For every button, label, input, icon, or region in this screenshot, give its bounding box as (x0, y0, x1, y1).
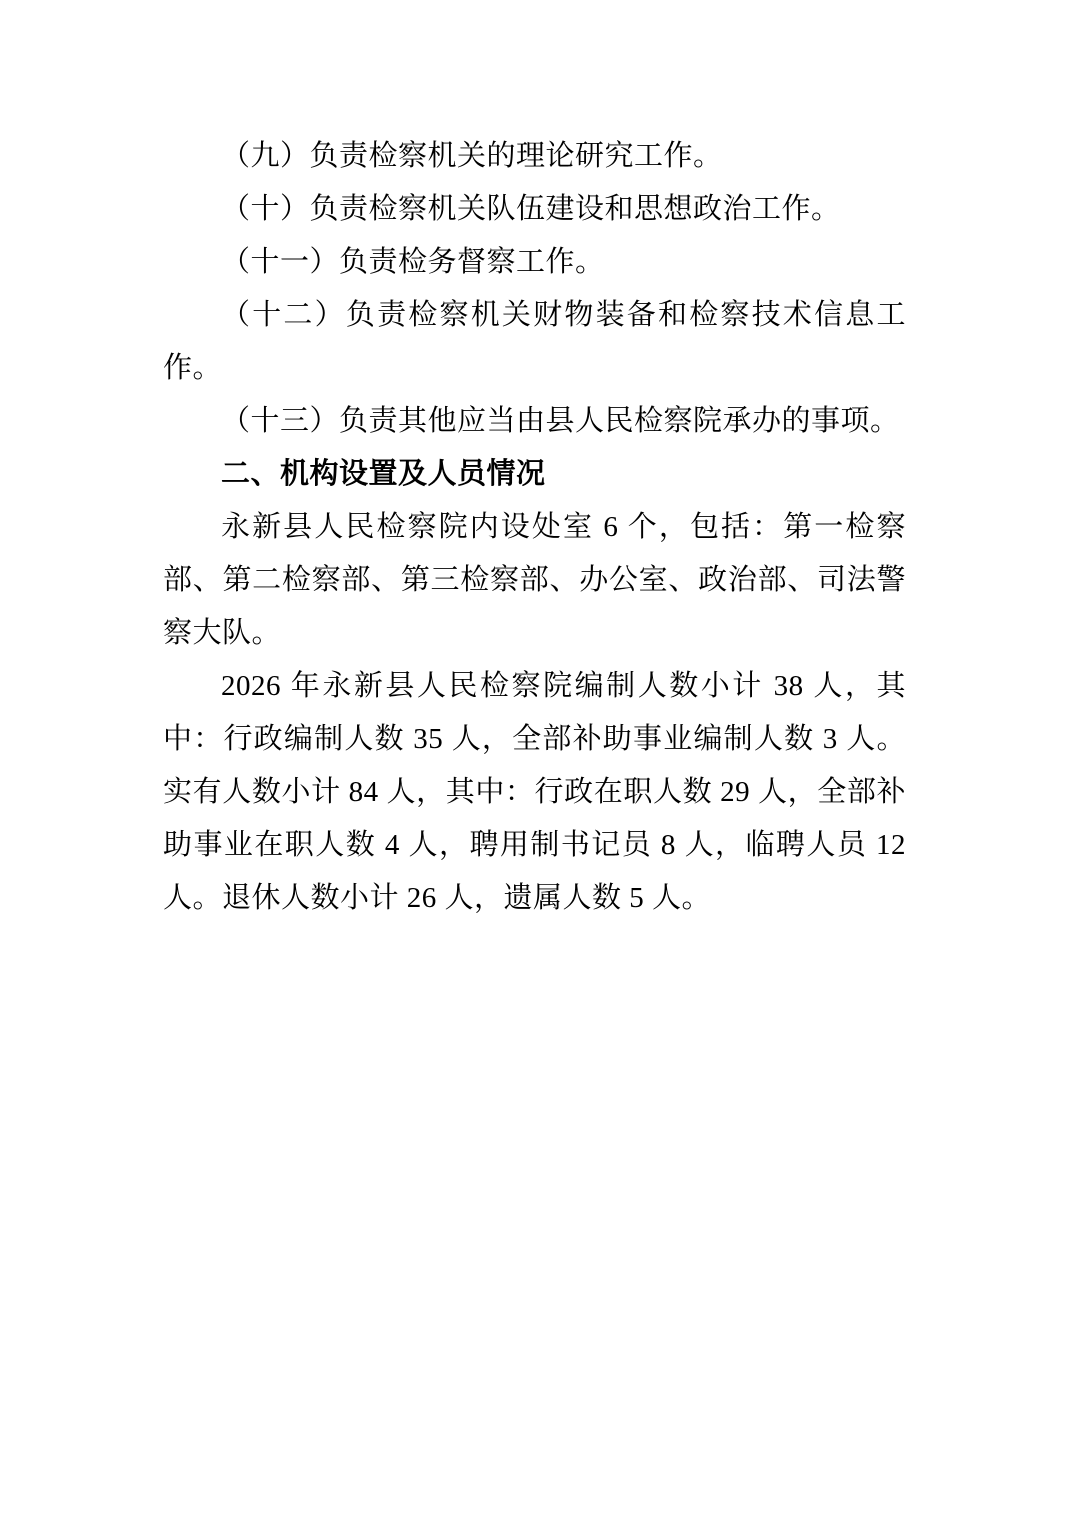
section-heading-organization: 二、机构设置及人员情况 (163, 448, 906, 501)
personnel-numbers-paragraph: 2026 年永新县人民检察院编制人数小计 38 人，其中：行政编制人数 35 人… (163, 660, 906, 925)
duty-item-11: （十一）负责检务督察工作。 (163, 236, 906, 289)
duty-item-9: （九）负责检察机关的理论研究工作。 (163, 130, 906, 183)
document-content: （九）负责检察机关的理论研究工作。 （十）负责检察机关队伍建设和思想政治工作。 … (0, 0, 1074, 925)
org-structure-paragraph: 永新县人民检察院内设处室 6 个，包括：第一检察部、第二检察部、第三检察部、办公… (163, 501, 906, 660)
duty-item-12: （十二）负责检察机关财物装备和检察技术信息工作。 (163, 289, 906, 395)
duty-item-13: （十三）负责其他应当由县人民检察院承办的事项。 (163, 395, 906, 448)
document-page: （九）负责检察机关的理论研究工作。 （十）负责检察机关队伍建设和思想政治工作。 … (0, 0, 1074, 1520)
duty-item-10: （十）负责检察机关队伍建设和思想政治工作。 (163, 183, 906, 236)
